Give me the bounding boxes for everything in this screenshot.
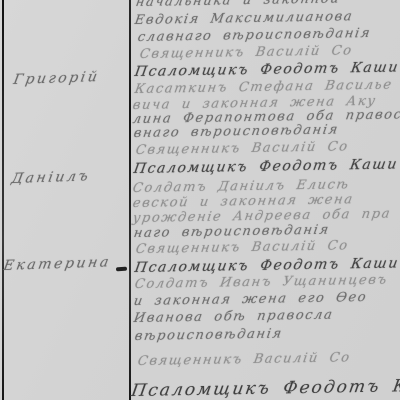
handwritten-line: Священникъ Василій Со <box>135 139 350 158</box>
handwritten-line: начальника и законной <box>135 0 342 10</box>
table-rule-left <box>2 0 4 400</box>
handwritten-line: Псаломщикъ Феодотъ Каши <box>132 156 399 177</box>
handwritten-line: Иванова обѣ правосла <box>133 308 335 326</box>
handwritten-line: славнаго вѣроисповѣданія <box>137 26 373 45</box>
handwritten-line: Священникъ Василій Со <box>139 43 354 62</box>
handwritten-line: Псаломщикъ Феодотъ Каши <box>133 59 400 80</box>
scanned-register-page: Григорій Даніилъ Екатерина начальника и … <box>0 0 400 400</box>
handwritten-line: Евдокія Максимилианова <box>134 9 355 28</box>
name-entry-grigoriy: Григорій <box>12 69 101 88</box>
handwritten-line: Священникъ Василій Со <box>137 350 352 369</box>
handwritten-line: Псаломщикъ Феодотъ Кал <box>130 376 400 400</box>
name-entry-daniil: Даніилъ <box>10 168 92 187</box>
handwritten-line: и законная жена его Ѳео <box>133 290 369 309</box>
name-entry-ekaterina: Екатерина <box>2 254 112 274</box>
handwritten-line: Священникъ Василій Со <box>135 238 350 257</box>
handwritten-line: Солдатъ Иванъ Ущанинцевъ <box>134 273 389 292</box>
handwritten-line: внаго вѣроисповѣданія <box>133 122 340 141</box>
ink-blot <box>116 267 127 272</box>
column-divider-rule <box>129 0 131 400</box>
handwritten-line: вѣроисповѣданія <box>134 326 284 344</box>
